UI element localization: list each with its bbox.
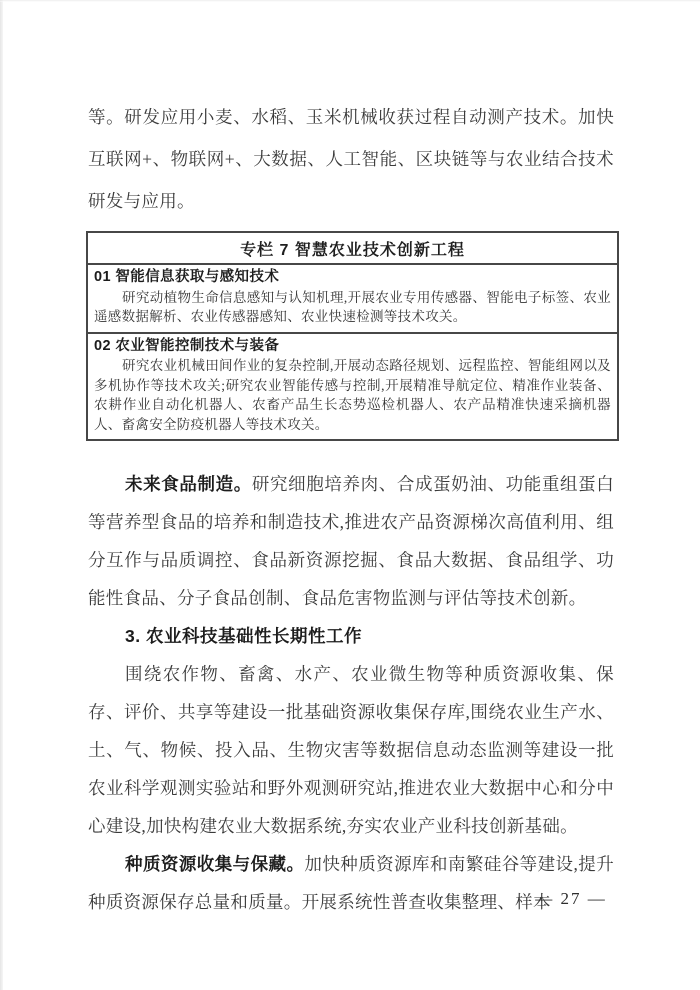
feature-box-item-01-heading: 01 智能信息获取与感知技术	[94, 268, 611, 288]
lower-text-block: 未来食品制造。研究细胞培养肉、合成蛋奶油、功能重组蛋白等营养型食品的培养和制造技…	[88, 465, 614, 921]
body-paragraph-continuation: 等。研发应用小麦、水稻、玉米机械收获过程自动测产技术。加快互联网+、物联网+、大…	[88, 96, 614, 222]
page-scan-edge-left	[0, 0, 3, 990]
page-content: 等。研发应用小麦、水稻、玉米机械收获过程自动测产技术。加快互联网+、物联网+、大…	[88, 96, 614, 921]
paragraph-germplasm-lead: 种质资源收集与保藏。	[125, 854, 304, 874]
feature-box-item-01-body: 研究动植物生命信息感知与认知机理,开展农业专用传感器、智能电子标签、农业遥感数据…	[94, 288, 611, 327]
page-number: — 27 —	[506, 889, 636, 909]
feature-box-item-02-body: 研究农业机械田间作业的复杂控制,开展动态路径规划、远程监控、智能组网以及多机协作…	[94, 356, 611, 434]
paragraph-basic-longterm-work: 围绕农作物、畜禽、水产、农业微生物等种质资源收集、保存、评价、共享等建设一批基础…	[88, 655, 614, 845]
spacer	[88, 441, 614, 465]
paragraph-germplasm: 种质资源收集与保藏。加快种质资源库和南繁硅谷等建设,提升种质资源保存总量和质量。…	[88, 845, 614, 921]
page-scan-edge-top	[0, 0, 700, 2]
document-page: { "doc": { "paragraph_1": "等。研发应用小麦、水稻、玉…	[0, 0, 700, 990]
paragraph-future-food-body: 研究细胞培养肉、合成蛋奶油、功能重组蛋白等营养型食品的培养和制造技术,推进农产品…	[88, 474, 614, 608]
column-7-feature-box: 专栏 7 智慧农业技术创新工程 01 智能信息获取与感知技术 研究动植物生命信息…	[86, 231, 619, 441]
feature-box-item-02: 02 农业智能控制技术与装备 研究农业机械田间作业的复杂控制,开展动态路径规划、…	[88, 332, 617, 440]
feature-box-item-01: 01 智能信息获取与感知技术 研究动植物生命信息感知与认知机理,开展农业专用传感…	[88, 265, 617, 332]
paragraph-future-food-lead: 未来食品制造。	[125, 474, 252, 494]
feature-box-item-02-heading: 02 农业智能控制技术与装备	[94, 337, 611, 357]
section-heading-3: 3. 农业科技基础性长期性工作	[88, 617, 614, 655]
feature-box-title: 专栏 7 智慧农业技术创新工程	[88, 233, 617, 265]
paragraph-future-food: 未来食品制造。研究细胞培养肉、合成蛋奶油、功能重组蛋白等营养型食品的培养和制造技…	[88, 465, 614, 617]
